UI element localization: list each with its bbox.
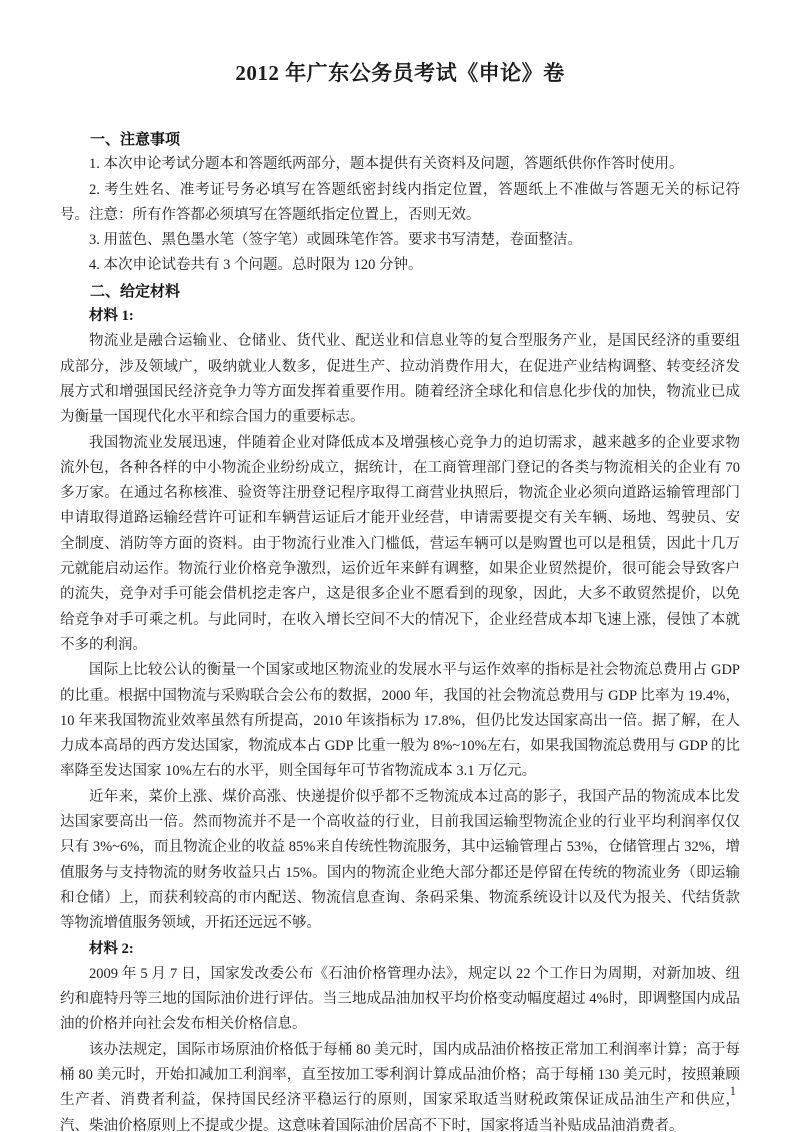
document-body: 一、注意事项 1. 本次申论考试分题本和答题纸两部分，题本提供有关资料及问题，答… [60, 127, 740, 1132]
notes-section-heading: 一、注意事项 [60, 127, 740, 152]
material-1-paragraph-2: 我国物流业发展迅速，伴随着企业对降低成本及增强核心竞争力的迫切需求，越来越多的企… [60, 431, 740, 659]
material-2-paragraph-1: 2009 年 5 月 7 日，国家发改委公布《石油价格管理办法》，规定以 22 … [60, 962, 740, 1038]
notes-item-2: 2. 考生姓名、准考证号务必填写在答题纸密封线内指定位置，答题纸上不准做与答题无… [60, 178, 740, 229]
material-1-paragraph-4: 近年来，菜价上涨、煤价高涨、快递提价似乎都不乏物流成本过高的影子，我国产品的物流… [60, 785, 740, 937]
material-1-paragraph-1: 物流业是融合运输业、仓储业、货代业、配送业和信息业等的复合型服务产业，是国民经济… [60, 329, 740, 430]
document-page: 2012 年广东公务员考试《申论》卷 一、注意事项 1. 本次申论考试分题本和答… [0, 0, 800, 1132]
notes-item-3: 3. 用蓝色、黑色墨水笔（签字笔）或圆珠笔作答。要求书写清楚，卷面整洁。 [60, 228, 740, 253]
notes-item-4: 4. 本次申论试卷共有 3 个问题。总时限为 120 分钟。 [60, 253, 740, 278]
material-1-label: 材料 1: [60, 304, 740, 329]
document-title: 2012 年广东公务员考试《申论》卷 [60, 58, 740, 88]
material-2-label: 材料 2: [60, 937, 740, 962]
page-number: 1 [730, 1084, 736, 1099]
notes-item-1: 1. 本次申论考试分题本和答题纸两部分，题本提供有关资料及问题，答题纸供你作答时… [60, 152, 740, 177]
material-1-paragraph-3: 国际上比较公认的衡量一个国家或地区物流业的发展水平与运作效率的指标是社会物流总费… [60, 658, 740, 784]
material-2-paragraph-2: 该办法规定，国际市场原油价格低于每桶 80 美元时，国内成品油价格按正常加工利润… [60, 1038, 740, 1132]
materials-section-heading: 二、给定材料 [60, 279, 740, 304]
